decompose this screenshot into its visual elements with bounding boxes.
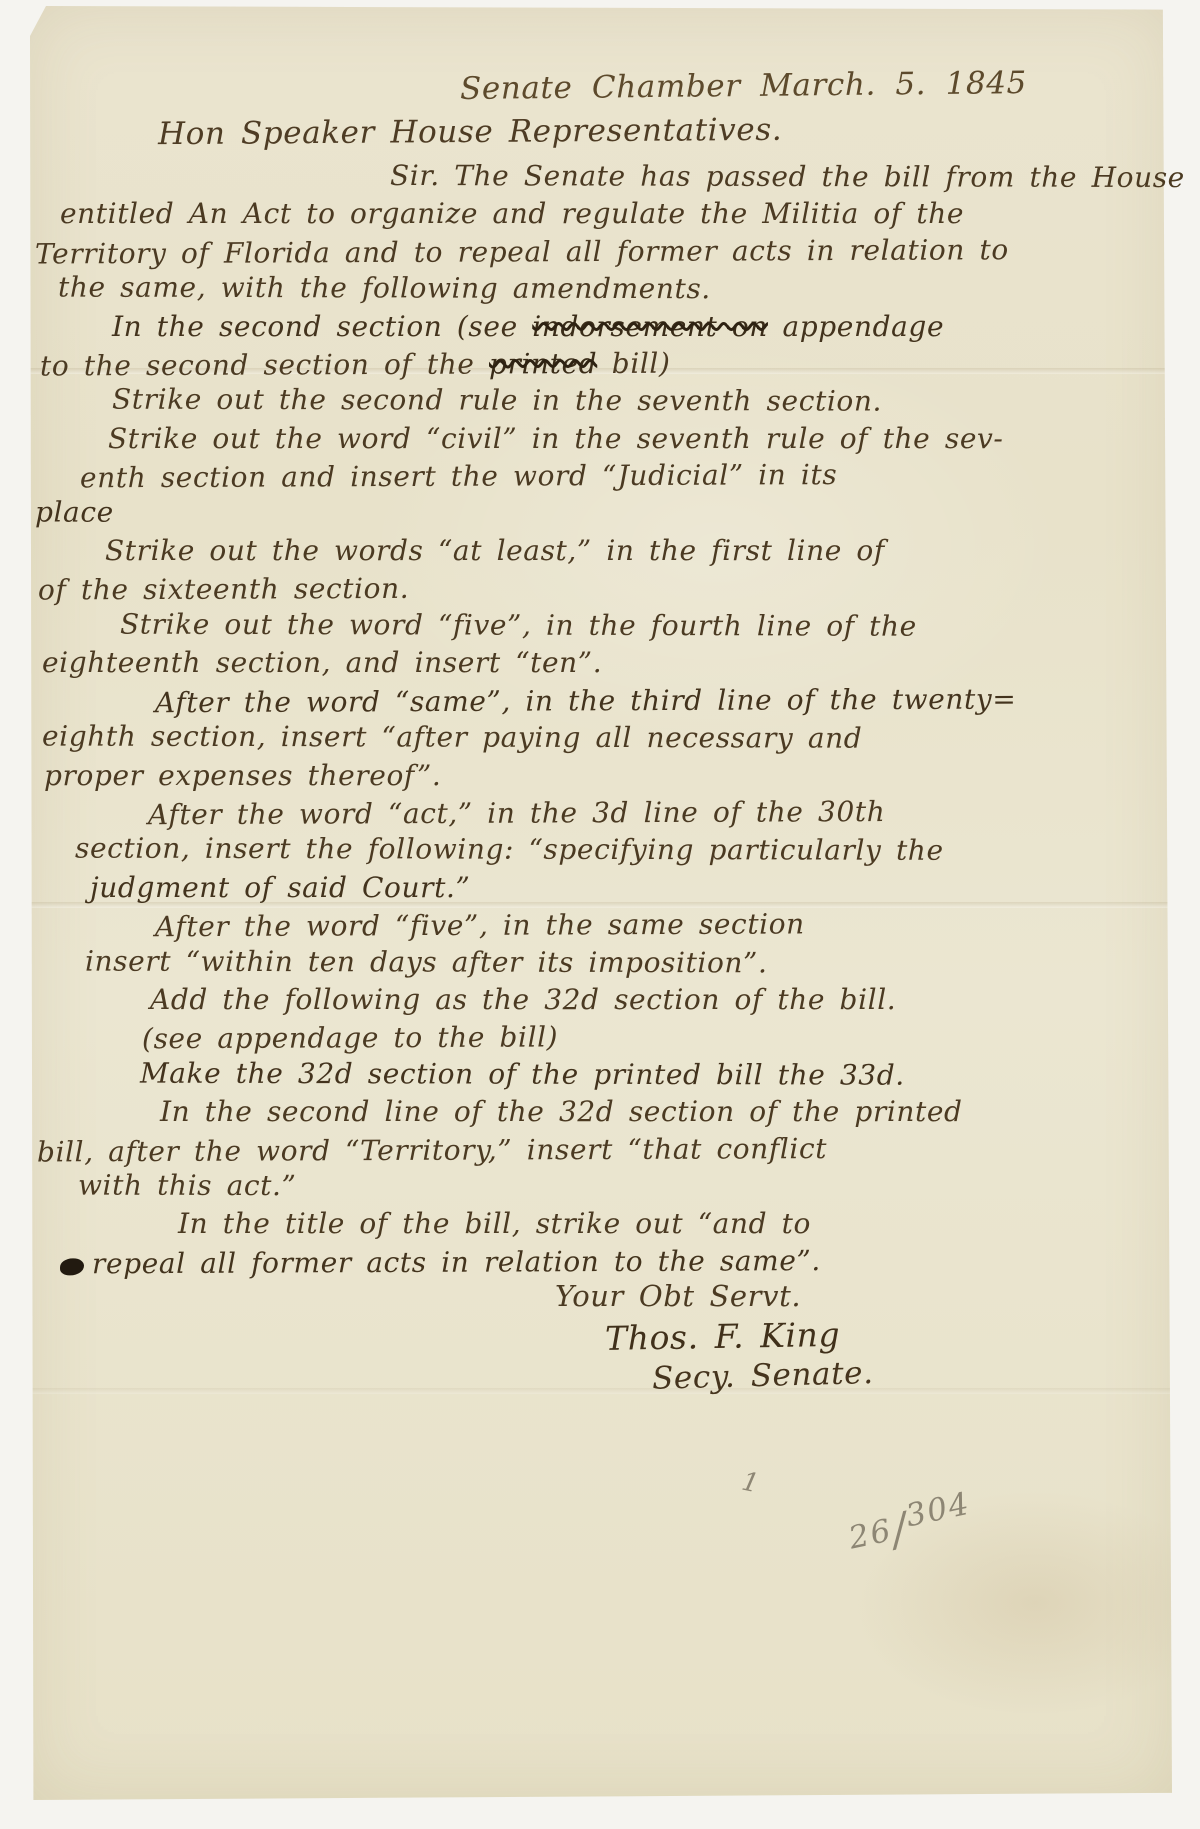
manuscript-line: bill, after the word “Territory,” insert… <box>37 1128 1172 1170</box>
manuscript-text: Strike out the word “five”, in the fourt… <box>120 607 917 642</box>
manuscript-line: After the word “act,” in the 3d line of … <box>148 792 1172 834</box>
manuscript-text: In the second section (see <box>112 310 532 343</box>
manuscript-text: Strike out the words “at least,” in the … <box>105 534 885 567</box>
manuscript-text: Sir. The Senate has passed the bill from… <box>390 159 1185 194</box>
manuscript-text: eighteenth section, and insert “ten”. <box>42 646 602 679</box>
manuscript-text: enth section and insert the word “Judici… <box>80 458 837 494</box>
manuscript-line: Territory of Florida and to repeal all f… <box>35 230 1172 272</box>
manuscript-text: bill, after the word “Territory,” insert… <box>37 1132 827 1168</box>
manuscript-line: of the sixteenth section. <box>38 567 1172 609</box>
pencil-tick-mark: 1 <box>739 1467 761 1500</box>
manuscript-text: repeal all former acts in relation to th… <box>92 1244 821 1280</box>
manuscript-line: with this act.” <box>78 1167 1172 1207</box>
manuscript-line: repeal all former acts in relation to th… <box>60 1240 1172 1282</box>
archive-number-right: 304 <box>903 1486 974 1535</box>
manuscript-text: bill) <box>597 347 670 380</box>
manuscript-text: appendage <box>768 310 944 343</box>
letter-body: Sir. The Senate has passed the bill from… <box>30 158 1172 1280</box>
manuscript-line: Strike out the word “five”, in the fourt… <box>120 605 1172 645</box>
manuscript-line: entitled An Act to organize and regulate… <box>60 195 1172 232</box>
manuscript-line: eighteenth section, and insert “ten”. <box>42 644 1172 681</box>
manuscript-line: (see appendage to the bill) <box>142 1016 1172 1058</box>
manuscript-text: with this act.” <box>78 1169 297 1203</box>
manuscript-line: Strike out the words “at least,” in the … <box>105 532 1172 569</box>
manuscript-text: Add the following as the 32d section of … <box>150 983 896 1016</box>
manuscript-line: Make the 32d section of the printed bill… <box>140 1054 1172 1094</box>
manuscript-line: In the second section (see indorsement o… <box>112 308 1172 345</box>
manuscript-line: to the second section of the printed bil… <box>40 343 1172 385</box>
manuscript-text: Territory of Florida and to repeal all f… <box>35 233 1009 270</box>
manuscript-line: the same, with the following amendments. <box>58 269 1172 309</box>
manuscript-text: to the second section of the <box>40 348 489 383</box>
manuscript-text: eighth section, insert “after paying all… <box>42 720 862 755</box>
struck-text: printed <box>489 347 597 380</box>
manuscript-line: After the word “five”, in the same secti… <box>155 904 1172 946</box>
manuscript-text: (see appendage to the bill) <box>142 1021 558 1056</box>
archive-number: 26∕304 <box>844 1486 978 1566</box>
closing-block: Your Obt Servt. Thos. F. King Secy. Sena… <box>30 1278 1172 1391</box>
manuscript-line: enth section and insert the word “Judici… <box>80 455 1172 497</box>
manuscript-line: Strike out the second rule in the sevent… <box>112 381 1172 421</box>
manuscript-line: judgment of said Court.” <box>90 869 1172 906</box>
manuscript-line: In the second line of the 32d section of… <box>160 1093 1172 1130</box>
manuscript-line: Sir. The Senate has passed the bill from… <box>390 157 1172 196</box>
closing-valediction: Your Obt Servt. <box>555 1278 1172 1315</box>
manuscript-text: of the sixteenth section. <box>38 572 409 607</box>
manuscript-line: section, insert the following: “specifyi… <box>75 830 1172 870</box>
struck-text: indorsement on <box>532 310 768 343</box>
letter: Senate Chamber March. 5. 1845 Hon Speake… <box>30 6 1172 1800</box>
page-background: Senate Chamber March. 5. 1845 Hon Speake… <box>0 0 1200 1829</box>
salutation: Hon Speaker House Representatives. <box>158 112 782 152</box>
manuscript-line: place <box>35 493 1172 533</box>
manuscript-line: insert “within ten days after its imposi… <box>85 942 1172 982</box>
manuscript-text: judgment of said Court.” <box>90 871 470 904</box>
manuscript-line: Strike out the word “civil” in the seven… <box>108 420 1172 457</box>
manuscript-line: eighth section, insert “after paying all… <box>42 718 1172 758</box>
manuscript-text: section, insert the following: “specifyi… <box>75 832 944 867</box>
manuscript-text: After the word “act,” in the 3d line of … <box>148 795 885 831</box>
manuscript-line: proper expenses thereof”. <box>44 757 1172 794</box>
manuscript-text: After the word “five”, in the same secti… <box>155 908 805 944</box>
manuscript-text: entitled An Act to organize and regulate… <box>60 197 964 230</box>
manuscript-text: After the word “same”, in the third line… <box>155 682 1016 719</box>
manuscript-line: After the word “same”, in the third line… <box>155 679 1172 721</box>
manuscript-text: In the second line of the 32d section of… <box>160 1095 963 1128</box>
manuscript-line: In the title of the bill, strike out “an… <box>178 1205 1172 1242</box>
manuscript-text: insert “within ten days after its imposi… <box>85 944 768 979</box>
manuscript-text: Make the 32d section of the printed bill… <box>140 1056 905 1091</box>
manuscript-text: In the title of the bill, strike out “an… <box>178 1207 811 1240</box>
manuscript-line: Add the following as the 32d section of … <box>150 981 1172 1018</box>
manuscript-text: Strike out the second rule in the sevent… <box>112 383 882 418</box>
manuscript-text: place <box>35 495 114 528</box>
manuscript-text: proper expenses thereof”. <box>44 759 441 792</box>
ink-blot <box>60 1258 84 1275</box>
dateline: Senate Chamber March. 5. 1845 <box>460 65 1027 107</box>
manuscript-text: Strike out the word “civil” in the seven… <box>108 422 1003 455</box>
manuscript-text: the same, with the following amendments. <box>58 271 711 306</box>
